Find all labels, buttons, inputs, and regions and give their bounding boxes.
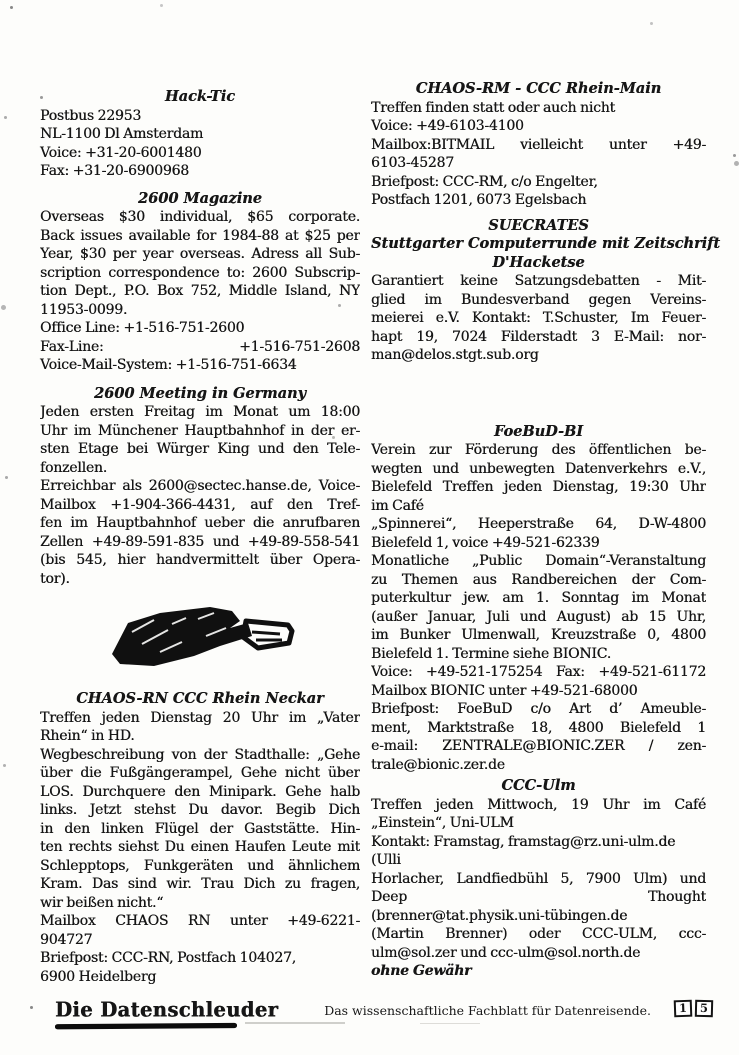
text-line: Deep Thought: [371, 888, 706, 907]
ink-sketch-svg: [102, 602, 302, 680]
page-footer: Die Datenschleuder Das wissenschaftliche…: [55, 998, 713, 1021]
text-line: Monatliche „Public Domain“-Veranstaltung: [371, 552, 706, 571]
magazine-tagline: Das wissenschaftliche Fachblatt für Date…: [324, 1003, 674, 1018]
text-line: Treffen finden statt oder auch nicht: [371, 99, 706, 118]
text-line: Back issues available for 1984-88 at $25…: [40, 227, 360, 246]
text-line: fonzellen.: [40, 459, 360, 478]
text-line: Fax-Line: +1-516-751-2608: [40, 338, 360, 357]
text-line: Bielefeld 1, voice +49-521-62339: [371, 534, 706, 553]
text-line: Bielefeld Treffen jeden Dienstag, 19:30 …: [371, 478, 706, 497]
section-2600-magazine: 2600 MagazineOverseas $30 individual, $6…: [40, 190, 360, 375]
section-suecrates: SUECRATESStuttgarter Computerrunde mit Z…: [371, 217, 706, 365]
text-line: tion Dept., P.O. Box 752, Middle Island,…: [40, 282, 360, 301]
text-line: Overseas $30 individual, $65 corporate.: [40, 208, 360, 227]
text-line: Mailbox BIONIC unter +49-521-68000: [371, 682, 706, 701]
text-line: wegten und unbewegten Datenverkehrs e.V.…: [371, 460, 706, 479]
text-line: (brenner@tat.physik.uni-tübingen.de: [371, 907, 706, 926]
section-2600-meeting-germany: 2600 Meeting in GermanyJeden ersten Frei…: [40, 385, 360, 589]
section-ccc-ulm: CCC-UlmTreffen jeden Mittwoch, 19 Uhr im…: [371, 777, 706, 981]
text-line: zu Themen aus Randbereichen der Com-: [371, 571, 706, 590]
page-body: Hack-TicPostbus 22953NL-1100 Dl Amsterda…: [40, 70, 706, 986]
text-line: scription correspondence to: 2600 Subscr…: [40, 264, 360, 283]
section-heading: SUECRATES: [371, 217, 706, 236]
magazine-logo: Die Datenschleuder: [55, 998, 278, 1022]
text-line: Briefpost: CCC-RN, Postfach 104027,: [40, 949, 360, 968]
section-heading: 2600 Meeting in Germany: [40, 385, 360, 404]
text-line: Jeden ersten Freitag im Monat um 18:00: [40, 403, 360, 422]
text-line: Uhr im Münchener Hauptbahnhof in der er-: [40, 422, 360, 441]
text-line: hapt 19, 7024 Filderstadt 3 E-Mail: nor-: [371, 328, 706, 347]
section-heading: FoeBuD-BI: [371, 423, 706, 442]
text-line: (Martin Brenner) oder CCC-ULM, ccc-: [371, 925, 706, 944]
text-line: 11953-0099.: [40, 301, 360, 320]
text-line: sten Etage bei Würger King und den Tele-: [40, 440, 360, 459]
text-line: Kram. Das sind wir. Trau Dich zu fragen,: [40, 875, 360, 894]
text-line: ulm@sol.zer und ccc-ulm@sol.north.de: [371, 944, 706, 963]
text-line: „Einstein“, Uni-ULM: [371, 814, 706, 833]
text-line: im Bunker Ulmenwall, Kreuzstraße 0, 4800: [371, 626, 706, 645]
text-line: wir beißen nicht.“: [40, 894, 360, 913]
text-line: ohne Gewähr: [371, 962, 706, 981]
text-line: Zellen +49-89-591-835 und +49-89-558-541: [40, 533, 360, 552]
ink-sketch-illustration: [40, 602, 360, 682]
page-number: 1 5: [674, 1000, 713, 1017]
text-line: Briefpost: FoeBuD c/o Art d’ Ameuble-: [371, 700, 706, 719]
scan-smudge: [245, 1022, 345, 1024]
section-heading: Hack-Tic: [40, 88, 360, 107]
text-line: Treffen jeden Mittwoch, 19 Uhr im Café: [371, 796, 706, 815]
scan-specks: [10, 6, 13, 9]
text-line: Rhein“ in HD.: [40, 727, 360, 746]
text-line: (Ulli: [371, 851, 706, 870]
text-line: Mailbox:BITMAIL vielleicht unter +49-: [371, 136, 706, 155]
text-line: Mailbox +1-904-366-4431, auf den Tref-: [40, 496, 360, 515]
text-line: „Spinnerei“, Heeperstraße 64, D-W-4800: [371, 515, 706, 534]
text-line: links. Jetzt stehst Du davor. Begib Dich: [40, 801, 360, 820]
text-line: (außer Januar, Juli und August) ab 15 Uh…: [371, 608, 706, 627]
section-foebud-bi: FoeBuD-BIVerein zur Förderung des öffent…: [371, 423, 706, 775]
page-number-issue-box: 1: [674, 1000, 693, 1018]
text-line: meierei e.V. Kontakt: T.Schuster, Im Feu…: [371, 309, 706, 328]
text-line: (bis 545, hier handvermittelt über Opera…: [40, 551, 360, 570]
text-line: Year, $30 per year overseas. Adress all …: [40, 245, 360, 264]
text-line: Garantiert keine Satzungsdebatten - Mit-: [371, 272, 706, 291]
text-line: Voice-Mail-System: +1-516-751-6634: [40, 356, 360, 375]
text-line: 6900 Heidelberg: [40, 968, 360, 987]
scan-smudge: [420, 1023, 480, 1024]
text-line: Verein zur Förderung des öffentlichen be…: [371, 441, 706, 460]
text-line: Voice: +31-20-6001480: [40, 144, 360, 163]
section-chaos-rn: CHAOS-RN CCC Rhein NeckarTreffen jeden D…: [40, 690, 360, 986]
right-column: CHAOS-RM - CCC Rhein-MainTreffen finden …: [371, 70, 706, 986]
ink-sketch: [102, 602, 360, 682]
text-line: puterkultur jew. am 1. Sonntag im Monat: [371, 589, 706, 608]
text-line: über die Fußgängerampel, Gehe nicht über: [40, 764, 360, 783]
text-line: trale@bionic.zer.de: [371, 756, 706, 775]
section-heading: Stuttgarter Computerrunde mit Zeitschrif…: [371, 235, 706, 254]
page-number-page-box: 5: [695, 1000, 713, 1017]
text-line: Office Line: +1-516-751-2600: [40, 319, 360, 338]
text-line: Briefpost: CCC-RM, c/o Engelter,: [371, 173, 706, 192]
text-line: tor).: [40, 570, 360, 589]
section-heading: CHAOS-RM - CCC Rhein-Main: [371, 80, 706, 99]
text-line: ment, Marktstraße 18, 4800 Bielefeld 1: [371, 719, 706, 738]
text-line: Fax: +31-20-6900968: [40, 162, 360, 181]
text-line: Bielefeld 1. Termine siehe BIONIC.: [371, 645, 706, 664]
text-line: Kontakt: Framstag, framstag@rz.uni-ulm.d…: [371, 833, 706, 852]
text-line: in den linken Flügel der Gaststätte. Hin…: [40, 820, 360, 839]
text-line: Voice: +49-6103-4100: [371, 117, 706, 136]
section-heading: CCC-Ulm: [371, 777, 706, 796]
text-line: man@delos.stgt.sub.org: [371, 346, 706, 365]
text-line: fen im Hauptbahnhof ueber die anrufbaren: [40, 514, 360, 533]
text-line: 6103-45287: [371, 154, 706, 173]
text-line: Wegbeschreibung von der Stadthalle: „Geh…: [40, 746, 360, 765]
text-line: Voice: +49-521-175254 Fax: +49-521-61172: [371, 663, 706, 682]
section-heading: 2600 Magazine: [40, 190, 360, 209]
text-line: Postfach 1201, 6073 Egelsbach: [371, 191, 706, 210]
text-line: Horlacher, Landfiedbühl 5, 7900 Ulm) und: [371, 870, 706, 889]
text-line: Schlepptops, Funkgeräten und ähnlichem: [40, 857, 360, 876]
text-line: LOS. Durchquere den Minipark. Gehe halb: [40, 783, 360, 802]
text-line: Postbus 22953: [40, 107, 360, 126]
text-line: Treffen jeden Dienstag 20 Uhr im „Vater: [40, 709, 360, 728]
section-chaos-rm: CHAOS-RM - CCC Rhein-MainTreffen finden …: [371, 80, 706, 210]
text-line: e-mail: ZENTRALE@BIONIC.ZER / zen-: [371, 737, 706, 756]
text-line: 904727: [40, 931, 360, 950]
text-line: glied im Bundesverband gegen Vereins-: [371, 291, 706, 310]
section-heading: D'Hacketse: [371, 254, 706, 273]
text-line: Erreichbar als 2600@sectec.hanse.de, Voi…: [40, 477, 360, 496]
left-column: Hack-TicPostbus 22953NL-1100 Dl Amsterda…: [40, 70, 360, 986]
section-heading: CHAOS-RN CCC Rhein Neckar: [40, 690, 360, 709]
text-line: NL-1100 Dl Amsterdam: [40, 125, 360, 144]
text-line: ten rechts siehst Du einen Haufen Leute …: [40, 838, 360, 857]
text-line: Mailbox CHAOS RN unter +49-6221-: [40, 912, 360, 931]
section-hack-tic: Hack-TicPostbus 22953NL-1100 Dl Amsterda…: [40, 88, 360, 181]
text-line: im Café: [371, 497, 706, 516]
